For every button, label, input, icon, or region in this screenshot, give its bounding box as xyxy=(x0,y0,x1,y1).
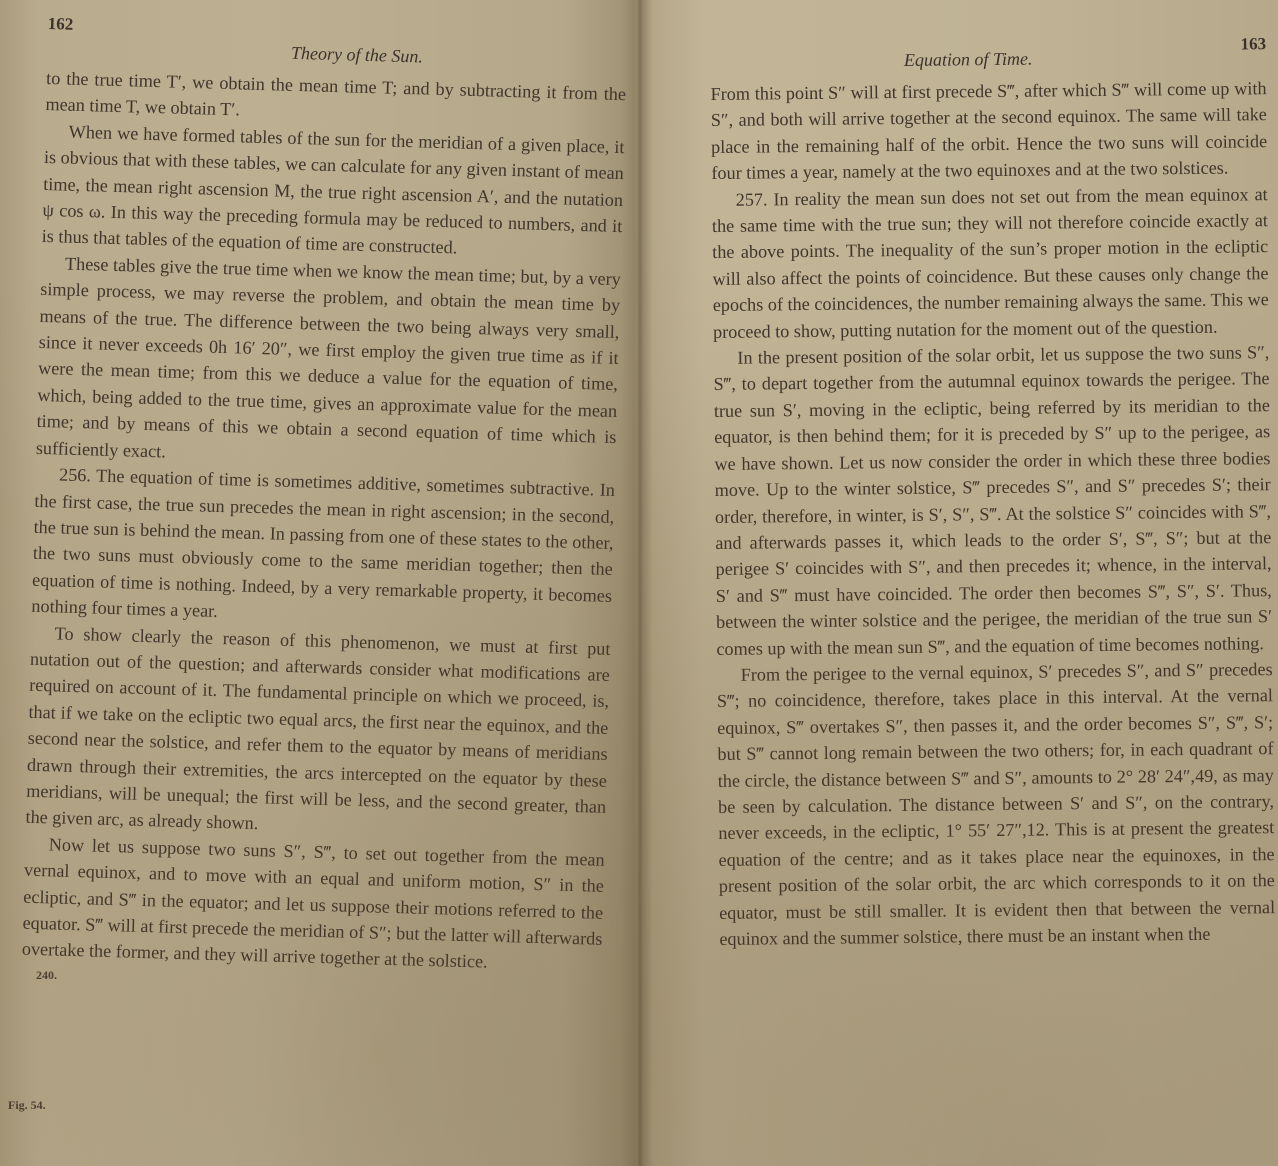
margin-note-reference: 240. xyxy=(36,968,57,983)
paragraph-257: 257. In reality the mean sun does not se… xyxy=(712,181,1270,345)
left-page-content: 162 Theory of the Sun. to the true time … xyxy=(22,14,628,979)
running-head: Theory of the Sun. xyxy=(47,14,628,73)
right-page-content: 163 Equation of Time. From this point S″… xyxy=(710,34,1276,952)
book-gutter xyxy=(636,0,644,1166)
page-number: 163 xyxy=(1240,34,1266,54)
margin-note-figure: Fig. 54. xyxy=(8,1098,46,1113)
book-spread: 162 Theory of the Sun. to the true time … xyxy=(0,0,1278,1166)
paragraph: From the perigee to the vernal equinox, … xyxy=(717,656,1276,952)
paragraph: From this point S″ will at first precede… xyxy=(710,75,1267,186)
paragraph: To show clearly the reason of this pheno… xyxy=(25,619,611,846)
page-number: 162 xyxy=(47,14,73,35)
paragraph: Now let us suppose two suns S″, S‴, to s… xyxy=(22,830,605,978)
body-text: From this point S″ will at first precede… xyxy=(710,75,1275,952)
left-page: 162 Theory of the Sun. to the true time … xyxy=(0,0,640,1166)
paragraph: When we have formed tables of the sun fo… xyxy=(41,118,624,266)
running-head: Equation of Time. xyxy=(710,34,1266,73)
paragraph: These tables give the true time when we … xyxy=(36,250,622,477)
paragraph: In the present position of the solar orb… xyxy=(713,339,1272,662)
paragraph-256: 256. The equation of time is sometimes a… xyxy=(31,461,615,636)
body-text: to the true time T′, we obtain the mean … xyxy=(22,65,627,979)
right-page: 163 Equation of Time. From this point S″… xyxy=(640,0,1278,1166)
